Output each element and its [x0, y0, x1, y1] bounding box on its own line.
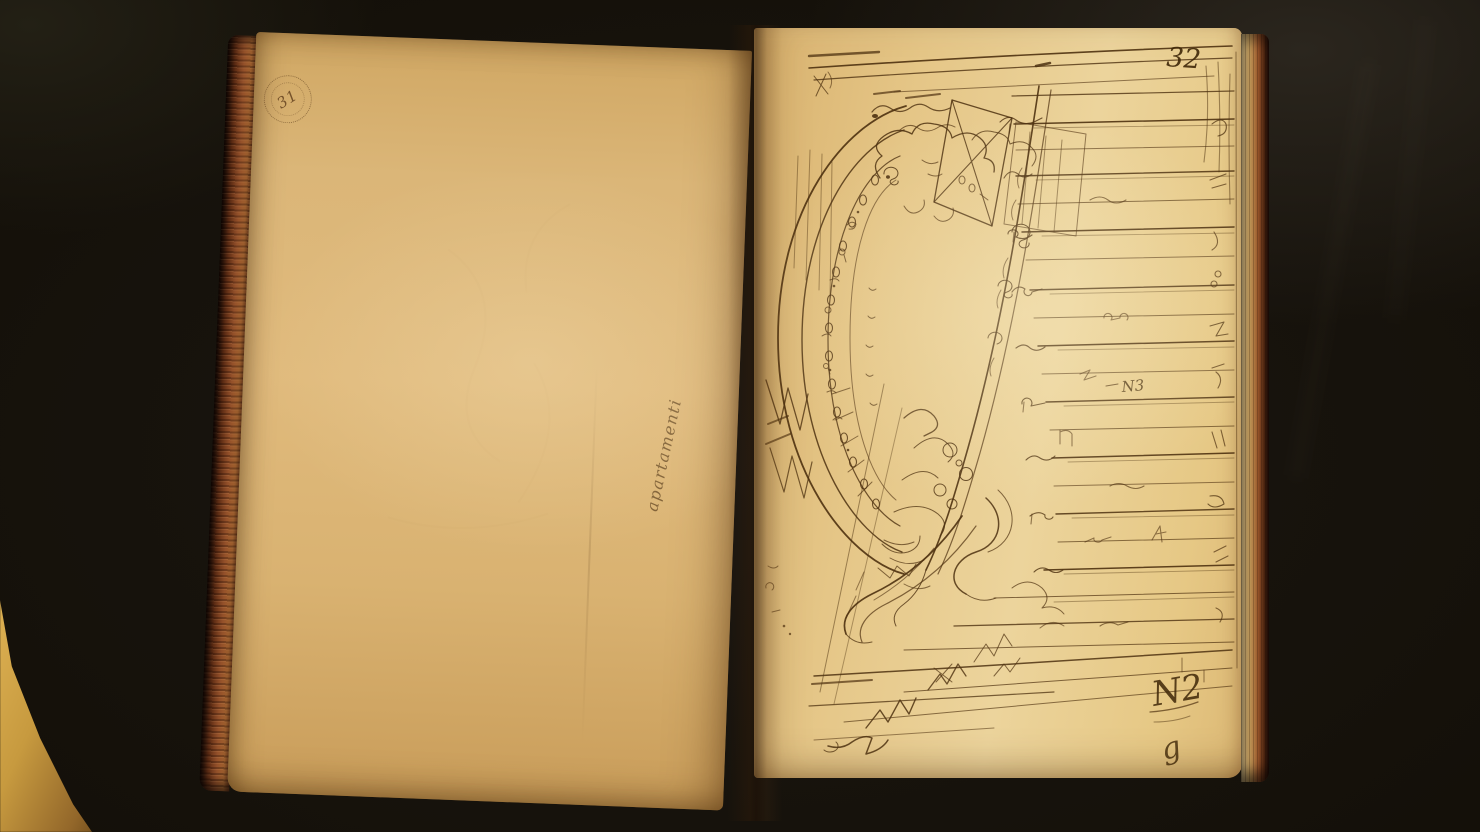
annotation-n3: N3 — [1120, 376, 1145, 396]
floor-lines — [809, 384, 1232, 740]
vertical-handwriting: apartamenti — [642, 397, 685, 513]
column-capital-scribbles — [1000, 117, 1166, 626]
background-cloth-fold — [1392, 21, 1427, 320]
pier-sweep-and-volutes — [894, 86, 1064, 628]
right-fore-edge — [1241, 34, 1269, 782]
background-cloth-fold — [1294, 63, 1372, 477]
left-blank-page: 31 apartamenti — [227, 32, 752, 810]
collection-stamp: 31 — [263, 74, 313, 124]
annotation-n2: N2 — [1148, 667, 1207, 715]
right-sketch-page: 32 N3 N2 g — [754, 28, 1242, 778]
page-crease — [581, 365, 598, 745]
annotation-g: g — [1157, 729, 1184, 768]
center-swirls — [878, 409, 957, 588]
open-book: 31 apartamenti — [228, 25, 1272, 821]
gutter-shadow — [728, 25, 782, 821]
colonnade-lines — [904, 91, 1234, 650]
bottom-flourishes — [824, 634, 1020, 754]
background-cloth-fold — [106, 261, 157, 598]
arch-bead-ornament — [826, 175, 880, 509]
photograph-of-open-sketchbook: 31 apartamenti — [0, 0, 1480, 832]
left-side: 31 apartamenti — [199, 31, 752, 817]
annotation-flourish-underlines — [1106, 384, 1198, 722]
stamp-number: 31 — [274, 86, 301, 112]
x-brace-panel — [934, 100, 1086, 236]
top-scrollwork — [814, 72, 1036, 221]
show-through-smudges — [227, 32, 752, 810]
cornice-lines — [809, 46, 1232, 131]
arch — [778, 106, 906, 574]
arch-squiggle-chain — [822, 222, 877, 420]
page-number: 32 — [1166, 42, 1202, 75]
right-edge-glyphs — [1204, 52, 1237, 668]
yellow-cloth-under-book — [0, 556, 118, 832]
architectural-ink-sketch: 32 N3 N2 g — [754, 28, 1242, 776]
large-s-flourishes — [844, 516, 976, 643]
